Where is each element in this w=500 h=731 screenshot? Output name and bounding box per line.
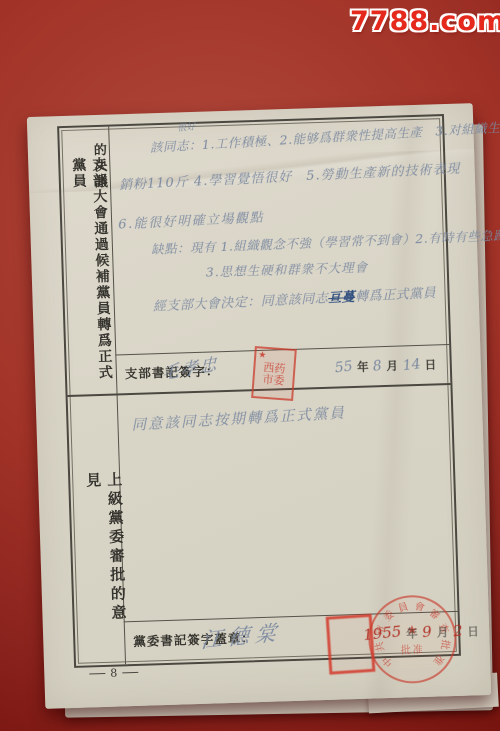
date-month-unit: 月	[437, 625, 449, 639]
page-number: 8	[89, 666, 138, 681]
handwriting-line: 6.能很好明確立場觀點	[118, 206, 265, 232]
committee-date: 1955 年 9 月 2 日	[363, 621, 479, 643]
resolution-title-suffix: 的決議	[89, 143, 110, 214]
date-year-value: 1955	[362, 622, 402, 644]
date-year-unit: 年	[406, 626, 418, 640]
date-day-unit: 日	[424, 356, 436, 372]
form-table: 支部大會通過候補黨員轉爲正式黨員 的決議 上級黨委審批的意見 很好 該同志：1.…	[57, 114, 461, 668]
handwriting-line6-post: 轉爲正式黨員	[355, 286, 437, 305]
handwriting-insert: 很好	[177, 119, 196, 134]
approval-title-vertical: 上級黨委審批的意見	[83, 471, 130, 624]
handwriting-line: 該同志：1.工作積極、2.能够爲群衆性提高生產 3.对組織生產	[149, 117, 500, 156]
branch-seal-stamp: ★ 西药 市委	[251, 346, 297, 401]
photo-background: 7788.com 支部大會通過候補黨員轉爲正式黨員 的決議 上級黨委審批的意見 …	[0, 0, 500, 731]
document-paper: 支部大會通過候補黨員轉爲正式黨員 的決議 上級黨委審批的意見 很好 該同志：1.…	[27, 103, 491, 709]
handwriting-line: 銷粉110斤 4.學習覺悟很好 5.勞動生產新的技術表現	[119, 158, 461, 194]
handwriting-line: 經支部大會決定：同意該同志亘蔓轉爲正式黨員	[152, 282, 436, 315]
handwriting-line: 缺點：現有 1.組織觀念不強（學習常不到會）2.有時有些急躁	[151, 226, 500, 258]
page-number-value: 8	[110, 667, 117, 680]
date-day-value: 14	[401, 356, 421, 374]
date-day-value: 2	[452, 621, 463, 640]
date-day-unit: 日	[467, 624, 479, 638]
date-month-unit: 月	[386, 358, 398, 374]
site-watermark: 7788.com	[350, 6, 500, 37]
date-year-value: 55	[334, 358, 354, 376]
committee-signature: 江德棠	[200, 616, 284, 655]
date-month-value: 8	[372, 358, 383, 375]
approval-handwriting-line: 同意該同志按期轉爲正式黨員	[131, 401, 346, 434]
page-number-dash	[122, 672, 138, 674]
seal-center-text: 批准	[400, 641, 424, 657]
handwriting-line6-pre: 經支部大會決定：同意該同志	[153, 291, 329, 315]
date-year-unit: 年	[357, 359, 369, 375]
stamp-text: 市委	[262, 373, 285, 388]
page-number-dash	[89, 673, 105, 675]
date-month-value: 9	[422, 622, 433, 641]
handwriting-line: 3.思想生硬和群衆不大理會	[205, 258, 368, 281]
struck-out-name: 亘蔓	[328, 290, 356, 306]
secretary-date: 55 年 8 月 14 日	[335, 356, 437, 375]
